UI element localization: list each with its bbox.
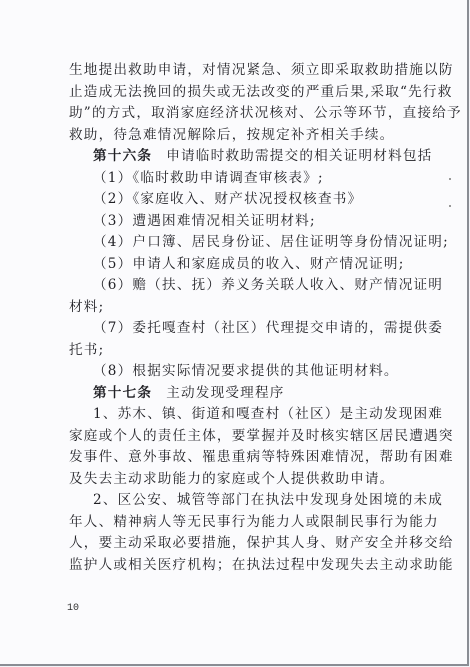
text-line: 助”的方式，取消家庭经济状况核对、公示等环节，直接给予 xyxy=(69,103,403,125)
text-line: 救助，待急难情况解除后，按规定补齐相关手续。 xyxy=(69,125,403,147)
scan-speck xyxy=(449,178,451,180)
article-16-heading: 第十六条申请临时救助需提交的相关证明材料包括 xyxy=(69,146,403,168)
list-item: （1）《临时救助申请调查审核表》; xyxy=(69,168,403,190)
text-line: 生地提出救助申请，对情况紧急、须立即采取救助措施以防 xyxy=(69,60,403,82)
article-number: 第十七条 xyxy=(93,385,152,401)
paragraph-line: 家庭或个人的责任主体，要掌握并及时核实辖区居民遭遇突 xyxy=(69,426,403,448)
list-item: （2）《家庭收入、财产状况授权核查书》 xyxy=(69,189,403,211)
paragraph-line: 人，要主动采取必要措施，保护其人身、财产安全并移交给 xyxy=(69,533,403,555)
page-number: 10 xyxy=(67,603,79,614)
article-title: 主动发现受理程序 xyxy=(166,385,284,401)
article-number: 第十六条 xyxy=(93,148,152,164)
list-item-continuation: 托书; xyxy=(69,340,403,362)
list-item: （8）根据实际情况要求提供的其他证明材料。 xyxy=(69,361,403,383)
list-item-continuation: 材料; xyxy=(69,297,403,319)
paragraph-line: 监护人或相关医疗机构；在执法过程中发现失去主动求助能 xyxy=(69,555,403,577)
list-item: （5）申请人和家庭成员的收入、财产情况证明; xyxy=(69,254,403,276)
paragraph-line: 2、区公安、城管等部门在执法中发现身处困境的未成 xyxy=(69,490,403,512)
scan-speck xyxy=(449,205,451,207)
list-item: （6）赡（扶、抚）养义务关联人收入、财产情况证明 xyxy=(69,275,403,297)
text-line: 止造成无法挽回的损失或无法改变的严重后果,采取“先行救 xyxy=(69,82,403,104)
article-17-heading: 第十七条主动发现受理程序 xyxy=(69,383,403,405)
paragraph-line: 1、苏木、镇、街道和嘎查村（社区）是主动发现困难 xyxy=(69,404,403,426)
document-body: 生地提出救助申请，对情况紧急、须立即采取救助措施以防 止造成无法挽回的损失或无法… xyxy=(69,60,403,576)
list-item: （3）遭遇困难情况相关证明材料; xyxy=(69,211,403,233)
paragraph-line: 年人、精神病人等无民事行为能力人或限制民事行为能力 xyxy=(69,512,403,534)
article-title: 申请临时救助需提交的相关证明材料包括 xyxy=(166,148,432,164)
list-item: （4）户口簿、居民身份证、居住证明等身份情况证明; xyxy=(69,232,403,254)
paragraph-line: 发事件、意外事故、罹患重病等特殊困难情况，帮助有困难 xyxy=(69,447,403,469)
list-item: （7）委托嘎查村（社区）代理提交申请的，需提供委 xyxy=(69,318,403,340)
paragraph-line: 及失去主动求助能力的家庭或个人提供救助申请。 xyxy=(69,469,403,491)
document-page: 生地提出救助申请，对情况紧急、须立即采取救助措施以防 止造成无法挽回的损失或无法… xyxy=(0,0,469,666)
